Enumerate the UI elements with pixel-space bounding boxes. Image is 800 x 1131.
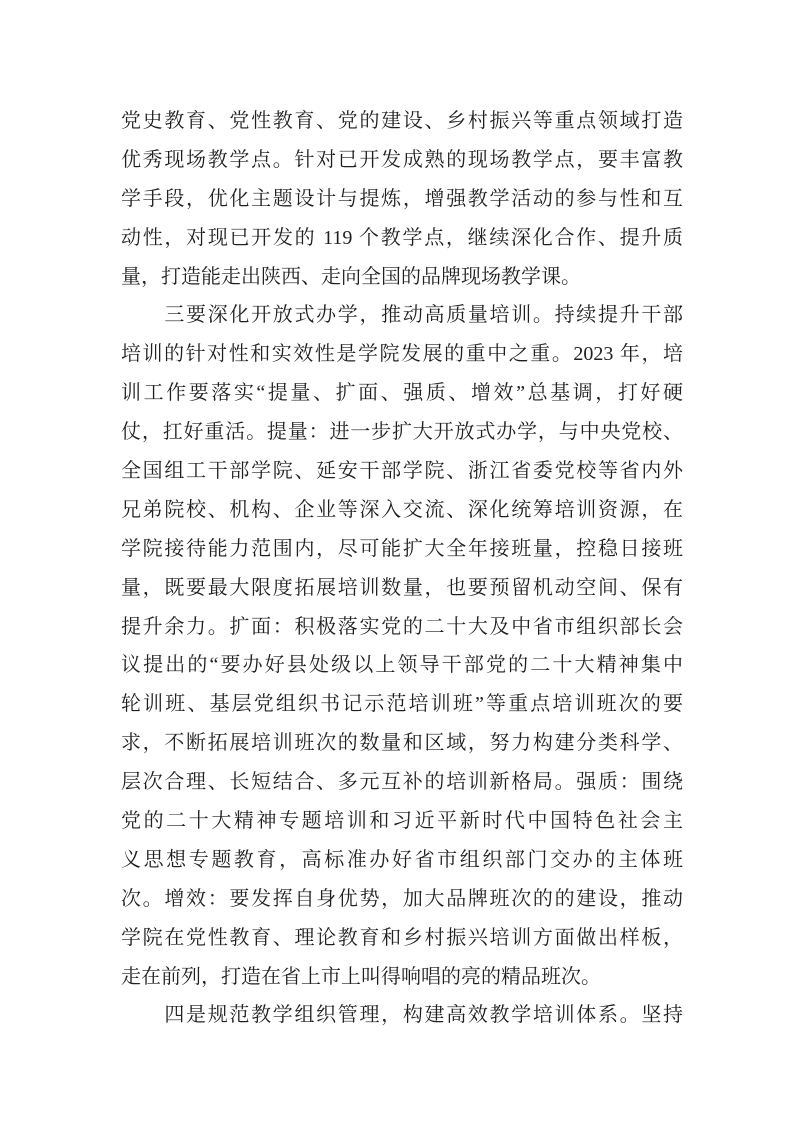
text-line: 全国组工干部学院、延安干部学院、浙江省委党校等省内外 (121, 452, 683, 491)
text-line: 兄弟院校、机构、企业等深入交流、深化统筹培训资源，在 (121, 491, 683, 530)
text-line: 动性，对现已开发的 119 个教学点，继续深化合作、提升质 (121, 219, 683, 258)
text-line: 学院在党性教育、理论教育和乡村振兴培训方面做出样板， (121, 919, 683, 958)
document-text-block: 党史教育、党性教育、党的建设、乡村振兴等重点领域打造 优秀现场教学点。针对已开发… (121, 102, 683, 1035)
text-line: 培训的针对性和实效性是学院发展的重中之重。2023 年，培 (121, 335, 683, 374)
text-line: 学院接待能力范围内，尽可能扩大全年接班量，控稳日接班 (121, 530, 683, 569)
text-line: 训工作要落实“提量、扩面、强质、增效”总基调，打好硬 (121, 374, 683, 413)
text-line: 次。增效：要发挥自身优势，加大品牌班次的的建设，推动 (121, 880, 683, 919)
text-line: 提升余力。扩面：积极落实党的二十大及中省市组织部长会 (121, 608, 683, 647)
text-line: 轮训班、基层党组织书记示范培训班”等重点培训班次的要 (121, 685, 683, 724)
text-line: 党的二十大精神专题培训和习近平新时代中国特色社会主 (121, 802, 683, 841)
text-line: 学手段，优化主题设计与提炼，增强教学活动的参与性和互 (121, 180, 683, 219)
text-line: 仗，扛好重活。提量：进一步扩大开放式办学，与中央党校、 (121, 413, 683, 452)
text-line: 优秀现场教学点。针对已开发成熟的现场教学点，要丰富教 (121, 141, 683, 180)
text-line-paragraph-end: 走在前列，打造在省上市上叫得响唱的亮的精品班次。 (121, 958, 683, 997)
text-line: 党史教育、党性教育、党的建设、乡村振兴等重点领域打造 (121, 102, 683, 141)
text-line: 量，既要最大限度拓展培训数量，也要预留机动空间、保有 (121, 569, 683, 608)
text-line: 层次合理、长短结合、多元互补的培训新格局。强质：围绕 (121, 763, 683, 802)
text-line: 议提出的“要办好县处级以上领导干部党的二十大精神集中 (121, 646, 683, 685)
text-line-paragraph-end: 量，打造能走出陕西、走向全国的品牌现场教学课。 (121, 258, 683, 297)
text-line: 义思想专题教育，高标准办好省市组织部门交办的主体班 (121, 841, 683, 880)
text-line-paragraph-start: 三要深化开放式办学，推动高质量培训。持续提升干部 (121, 296, 683, 335)
text-line: 求，不断拓展培训班次的数量和区域，努力构建分类科学、 (121, 724, 683, 763)
text-line-paragraph-start: 四是规范教学组织管理，构建高效教学培训体系。坚持 (121, 996, 683, 1035)
document-page: 党史教育、党性教育、党的建设、乡村振兴等重点领域打造 优秀现场教学点。针对已开发… (0, 0, 800, 1131)
